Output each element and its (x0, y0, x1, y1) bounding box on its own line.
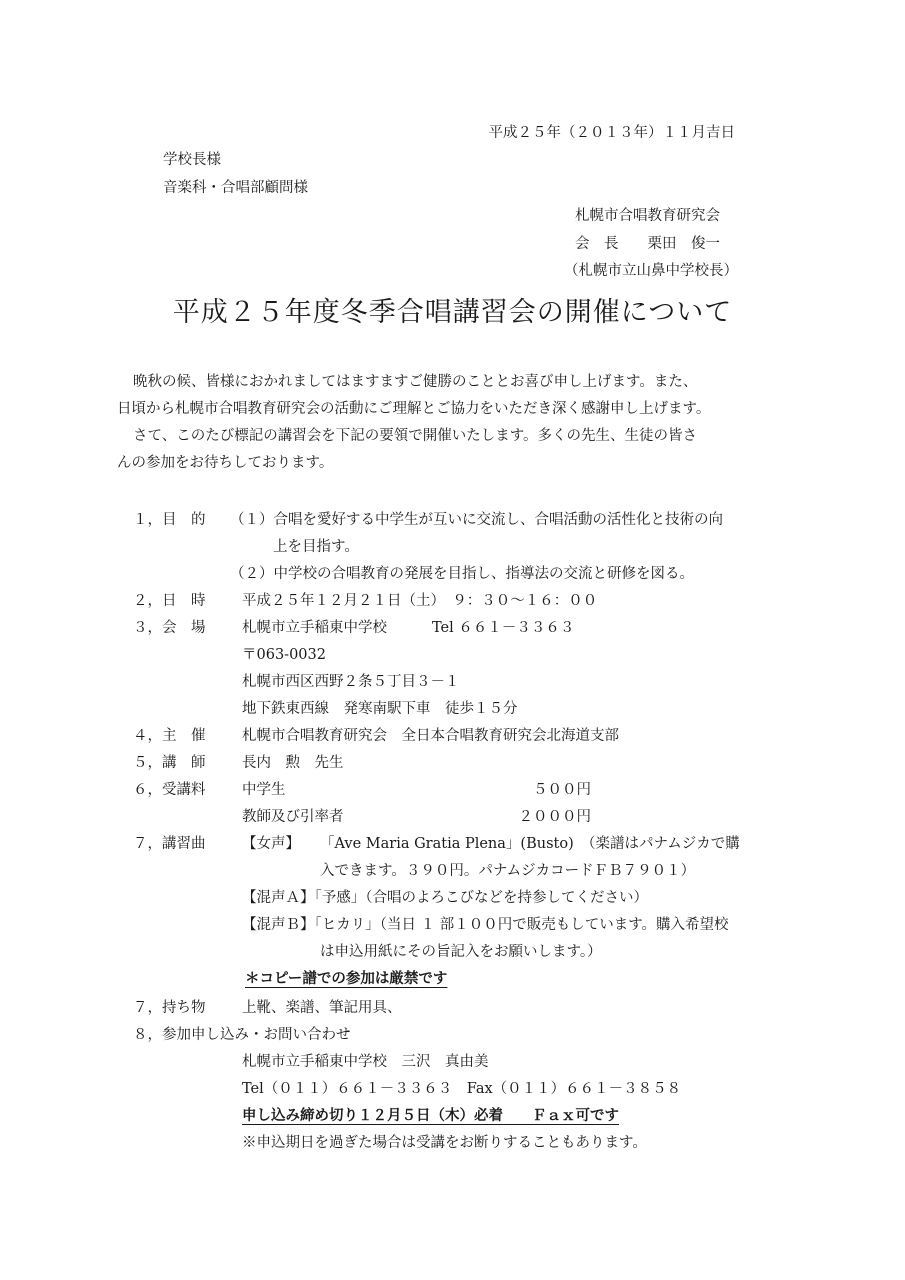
item-songs-label: ７，講習曲 (133, 834, 206, 854)
sender-affiliation: （札幌市立山鼻中学校長） (564, 261, 738, 281)
item-purpose-1-line2: 上を目指す。 (273, 537, 359, 557)
item-instructor-label: ５，講 師 (133, 753, 206, 773)
songs-mixed-a: 【混声Ａ】「予感」（合唱のよろこびなどを持参してください） (242, 888, 648, 908)
item-datetime-value: 平成２５年１２月２１日（土） ９：３０～１６：００ (242, 591, 597, 611)
songs-female-line2: 入できます。３９０円。パナムジカコードＦＢ７９０１） (320, 861, 695, 881)
sender-organization: 札幌市合唱教育研究会 (575, 206, 720, 226)
item-purpose-1-line1: （１）合唱を愛好する中学生が互いに交流し、合唱活動の活性化と技術の向 (230, 510, 723, 530)
item-venue-label: ３，会 場 (133, 618, 206, 638)
item-purpose-label: １，目 的 (133, 510, 206, 530)
sender-name: 会 長 栗田 俊一 (575, 234, 720, 254)
songs-female-tag: 【女声】 (242, 834, 300, 854)
fee-student-amount: ５００円 (533, 780, 591, 800)
songs-mixed-b-line1: 【混声Ｂ】「ヒカリ」（当日 １ 部１００円で販売もしています。購入希望校 (242, 915, 729, 935)
copy-score-warning: ＊コピー譜での参加は厳禁です (245, 969, 477, 989)
recipient-music-teachers: 音楽科・合唱部顧問様 (163, 178, 308, 198)
venue-access: 地下鉄東西線 発寒南駅下車 徒歩１５分 (242, 699, 518, 719)
venue-postal: 〒063-0032 (242, 645, 326, 665)
body-line-2: 日頃から札幌市合唱教育研究会の活動にご理解とご協力をいただき深く感謝申し上げます… (117, 399, 710, 419)
application-tel-fax: Tel（０１１）６６１－３３６３ Fax（０１１）６６１－３８５８ (242, 1079, 681, 1099)
item-instructor-value: 長内 勲 先生 (242, 753, 344, 773)
fee-teacher-label: 教師及び引率者 (242, 807, 344, 827)
item-belongings-value: 上靴、楽譜、筆記用具、 (242, 998, 402, 1018)
body-line-1: 晩秋の候、皆様におかれましてはますますご健勝のこととお喜び申し上げます。また、 (133, 372, 697, 392)
fee-student-label: 中学生 (242, 780, 286, 800)
issue-date: 平成２５年（２０１３年）１１月吉日 (489, 123, 736, 143)
application-deadline: 申し込み締め切り１２月５日（木）必着 Ｆａｘ可です (242, 1106, 619, 1126)
body-line-3: さて、このたび標記の講習会を下記の要領で開催いたします。多くの先生、生徒の皆さ (133, 426, 697, 446)
songs-mixed-b-line2: は申込用紙にその旨記入をお願いします。） (320, 942, 602, 962)
application-contact: 札幌市立手稲東中学校 三沢 真由美 (242, 1052, 489, 1072)
songs-female-line1: 「Ave Maria Gratia Plena」(Busto) （楽譜はパナムジ… (320, 834, 740, 854)
item-fee-label: ６，受講料 (133, 780, 206, 800)
item-organizer-label: ４，主 催 (133, 726, 206, 746)
venue-tel: Tel ６６１－３３６３ (432, 618, 574, 638)
venue-name: 札幌市立手稲東中学校 (242, 618, 387, 638)
item-organizer-value: 札幌市合唱教育研究会 全日本合唱教育研究会北海道支部 (242, 726, 619, 746)
item-purpose-2: （２）中学校の合唱教育の発展を目指し、指導法の交流と研修を図る。 (230, 564, 694, 584)
item-belongings-label: ７，持ち物 (133, 998, 206, 1018)
venue-address: 札幌市西区西野２条５丁目３－１ (242, 672, 460, 692)
application-note: ※申込期日を過ぎた場合は受講をお断りすることもあります。 (242, 1133, 647, 1153)
body-line-4: んの参加をお待ちしております。 (117, 453, 333, 473)
item-application-label: ８，参加申し込み・お問い合わせ (133, 1025, 351, 1045)
recipient-principal: 学校長様 (163, 150, 221, 170)
fee-teacher-amount: ２０００円 (519, 807, 592, 827)
item-datetime-label: ２，日 時 (133, 591, 206, 611)
document-title: 平成２５年度冬季合唱講習会の開催について (0, 295, 905, 331)
